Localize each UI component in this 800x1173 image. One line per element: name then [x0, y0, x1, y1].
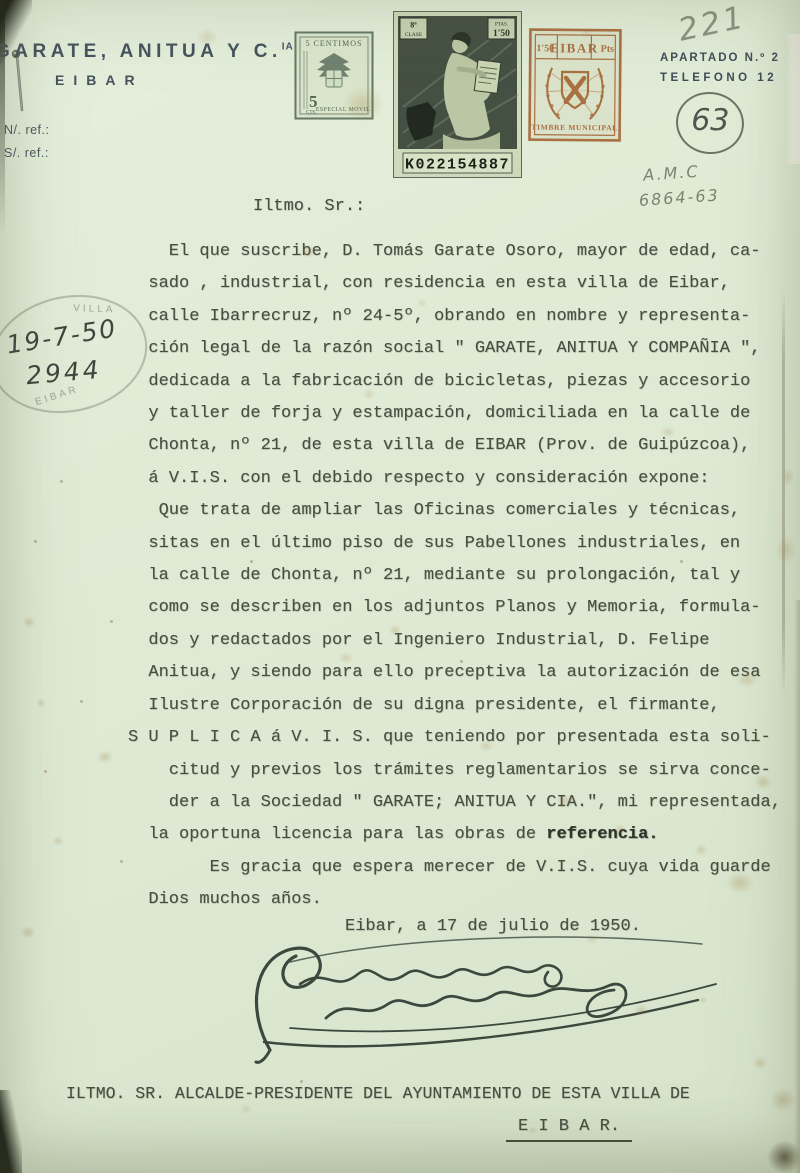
- timbre-clase-word: CLASE: [405, 32, 423, 38]
- fiscal-stamp-denomination: 5 CENTIMOS: [306, 39, 363, 48]
- corner-number-annotation: 221: [675, 0, 749, 49]
- municipal-stamp-city: EIBAR: [550, 40, 599, 55]
- archive-code-annotation: A.M.C 6864-63: [642, 157, 720, 212]
- speck: [80, 700, 83, 703]
- letterhead-company-suffix: IA: [282, 42, 294, 53]
- paper-sliver-top-right: [786, 34, 800, 164]
- letterhead-company-text: GARATE, ANITUA Y C.: [0, 41, 282, 62]
- ref-n-label: N/. ref.:: [4, 119, 49, 142]
- fiscal-stamp-cts: CTS.: [306, 111, 316, 116]
- speck: [110, 620, 113, 623]
- ref-s-label: S/. ref.:: [4, 142, 49, 165]
- body-text: El que suscribe, D. Tomás Garate Osoro, …: [128, 236, 781, 917]
- footer-city: E I B A R.: [506, 1117, 632, 1136]
- ink-blot-bottom-right: [740, 1114, 800, 1173]
- letterhead-city: EIBAR: [55, 72, 144, 88]
- timbre-ptas-word: PTAS.: [495, 23, 508, 28]
- footer-addressee: ILTMO. SR. ALCALDE-PRESIDENTE DEL AYUNTA…: [66, 1084, 690, 1103]
- paper-fold-right: [782, 288, 785, 698]
- revenue-stamp-8a-clase: 8ª CLASE PTAS. 1'50 K022154887: [393, 11, 522, 178]
- telefono-line: TELEFONO 12: [660, 68, 780, 88]
- apartado-line: APARTADO N.º 2: [660, 48, 780, 68]
- body-bold-word: referencia.: [546, 825, 658, 844]
- speck: [60, 480, 63, 483]
- footer-city-text: E I B A R.: [506, 1117, 632, 1142]
- municipal-stamp-label: TIMBRE MUNICIPAL: [531, 123, 618, 133]
- salutation: Iltmo. Sr.:: [253, 197, 365, 216]
- signature-ink: [230, 922, 730, 1070]
- fiscal-stamp-5cts: 5 CENTIMOS 5 CTS. ESPECIAL MOVIL: [294, 31, 374, 120]
- stain: [52, 836, 64, 846]
- stain: [36, 698, 46, 708]
- speck: [120, 860, 123, 863]
- municipal-stamp-currency: Pts: [601, 44, 615, 55]
- stain: [770, 1088, 796, 1112]
- archive-code-line2: 6864-63: [638, 182, 720, 213]
- municipal-stamp-eibar: 1'50 EIBAR Pts TIMBRE MUNICIPAL: [528, 28, 623, 143]
- timbre-serial-number: K022154887: [405, 157, 510, 174]
- scan-edge-right: [794, 600, 800, 1173]
- speck: [44, 770, 47, 773]
- letterhead-company: GARATE, ANITUA Y C.IA: [0, 41, 294, 63]
- timbre-ptas-value: 1'50: [493, 29, 510, 39]
- stain: [752, 1056, 768, 1070]
- speck: [34, 540, 37, 543]
- speck: [300, 1080, 303, 1083]
- stain: [20, 926, 36, 939]
- timbre-clase-number: 8ª: [410, 21, 417, 30]
- scan-corner-shadow-bottom-left: [0, 1090, 22, 1173]
- letterhead-refs: N/. ref.: S/. ref.:: [4, 119, 49, 165]
- body-part1: El que suscribe, D. Tomás Garate Osoro, …: [128, 242, 781, 844]
- circled-number-annotation: 63: [672, 88, 747, 158]
- scanned-letter-page: GARATE, ANITUA Y C.IA EIBAR N/. ref.: S/…: [0, 0, 800, 1173]
- stain: [96, 750, 114, 764]
- stain: [22, 616, 36, 628]
- stain: [240, 1104, 252, 1114]
- letterhead-contact: APARTADO N.º 2 TELEFONO 12: [660, 48, 780, 88]
- fiscal-stamp-series: ESPECIAL MOVIL: [316, 107, 370, 113]
- circled-number-text: 63: [691, 94, 730, 149]
- body-part2: Es gracia que espera merecer de V.I.S. c…: [128, 858, 771, 909]
